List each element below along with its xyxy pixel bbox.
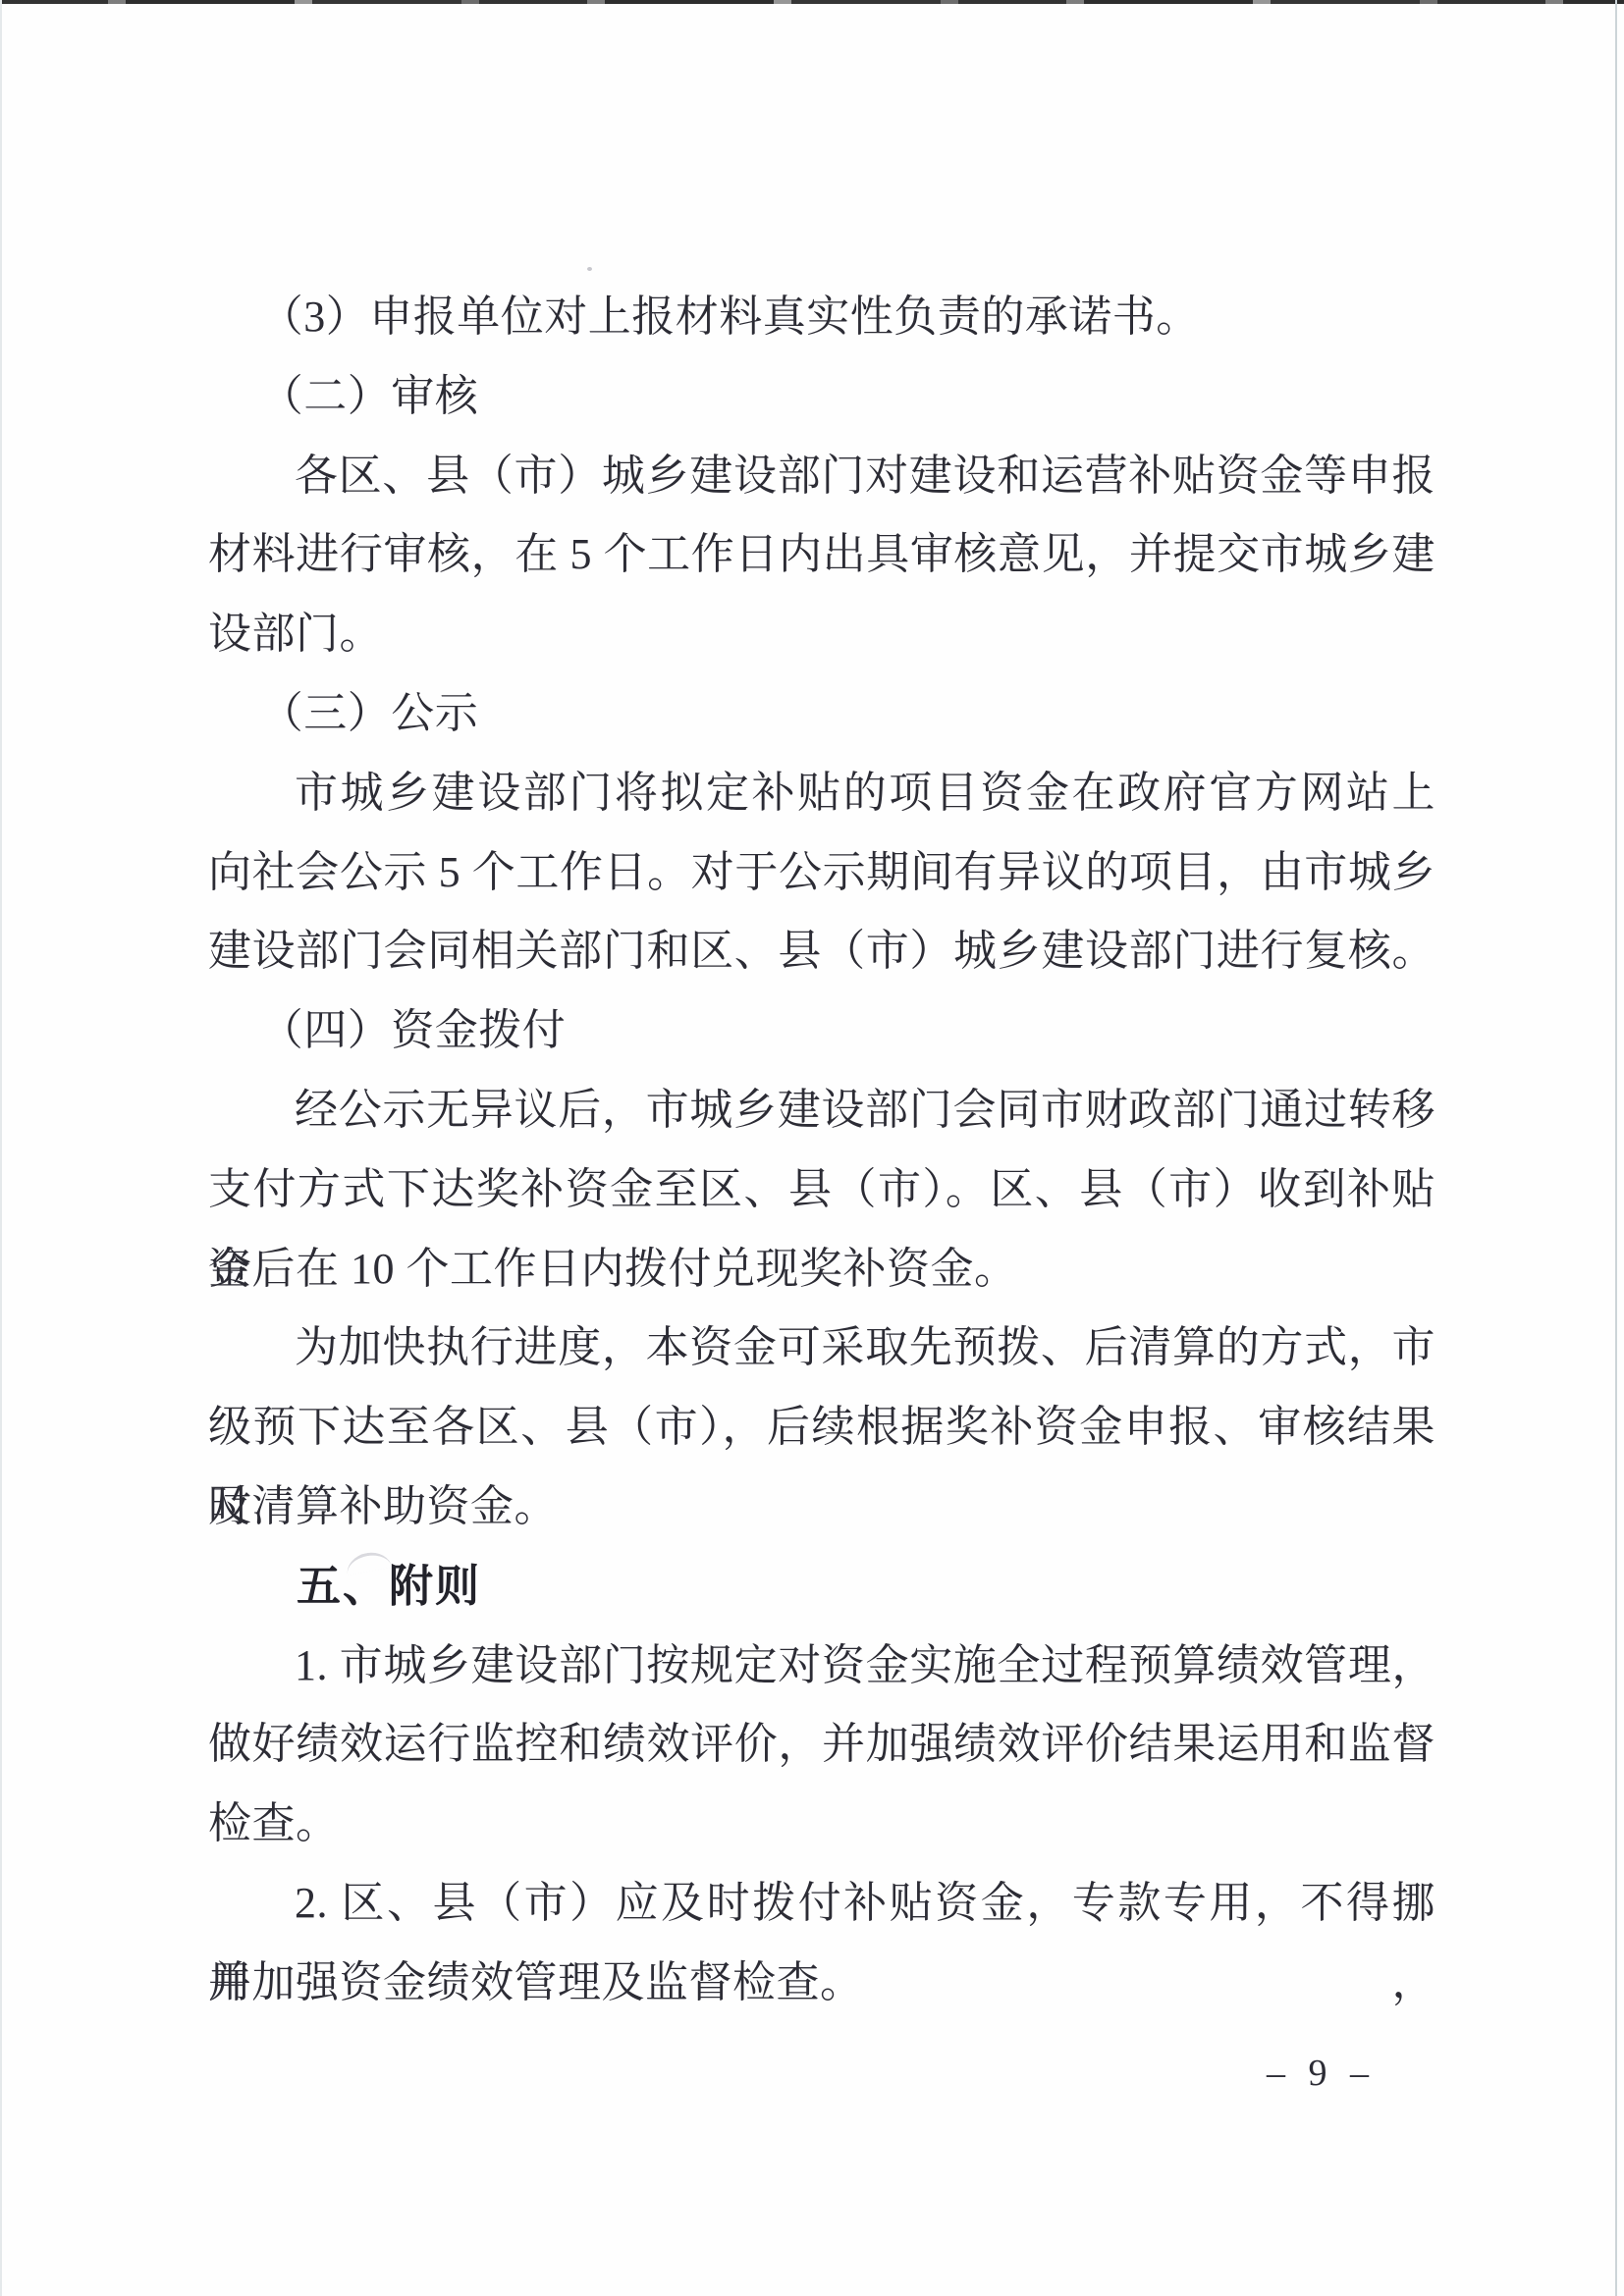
scan-top-edge-artifact [0,0,1624,4]
text-line: 金后在 10 个工作日内拨付兑现奖补资金。 [208,1230,1435,1309]
text-line: 经公示无异议后，市城乡建设部门会同市财政部门通过转移 [208,1071,1435,1150]
text-line: 做好绩效运行监控和绩效评价，并加强绩效评价结果运用和监督 [208,1705,1435,1785]
text-line: 为加快执行进度，本资金可采取先预拨、后清算的方式，市 [208,1308,1435,1388]
scan-left-edge-artifact [0,0,2,2296]
text-line: 时清算补助资金。 [208,1468,1435,1547]
text-line: 检查。 [208,1785,1435,1864]
section-heading: 五、附则 [208,1547,1435,1627]
text-column: （3）申报单位对上报材料真实性负责的承诺书。 （二）审核 各区、县（市）城乡建设… [208,278,1435,2023]
text-line: 材料进行审核，在 5 个工作日内出具审核意见，并提交市城乡建 [208,515,1435,595]
document-page: （3）申报单位对上报材料真实性负责的承诺书。 （二）审核 各区、县（市）城乡建设… [0,0,1624,2296]
text-line: （三）公示 [208,674,1435,754]
scan-speck-artifact [587,267,592,271]
text-line: 向社会公示 5 个工作日。对于公示期间有异议的项目，由市城乡 [208,833,1435,913]
text-line: 支付方式下达奖补资金至区、县（市）。区、县（市）收到补贴资 [208,1150,1435,1230]
text-line: 设部门。 [208,595,1435,674]
text-line: （四）资金拨付 [208,991,1435,1071]
page-number: – 9 – [1267,2052,1376,2095]
scan-right-edge-artifact [1615,0,1617,2296]
text-line: （3）申报单位对上报材料真实性负责的承诺书。 [208,278,1435,357]
text-line: 2. 区、县（市）应及时拨付补贴资金，专款专用，不得挪用， [208,1864,1435,1944]
text-line: （二）审核 [208,357,1435,437]
text-line: 市城乡建设部门将拟定补贴的项目资金在政府官方网站上 [208,754,1435,833]
text-line: 1. 市城乡建设部门按规定对资金实施全过程预算绩效管理， [208,1627,1435,1706]
text-line: 级预下达至各区、县（市），后续根据奖补资金申报、审核结果及 [208,1388,1435,1468]
text-line: 建设部门会同相关部门和区、县（市）城乡建设部门进行复核。 [208,912,1435,991]
text-line: 各区、县（市）城乡建设部门对建设和运营补贴资金等申报 [208,437,1435,516]
